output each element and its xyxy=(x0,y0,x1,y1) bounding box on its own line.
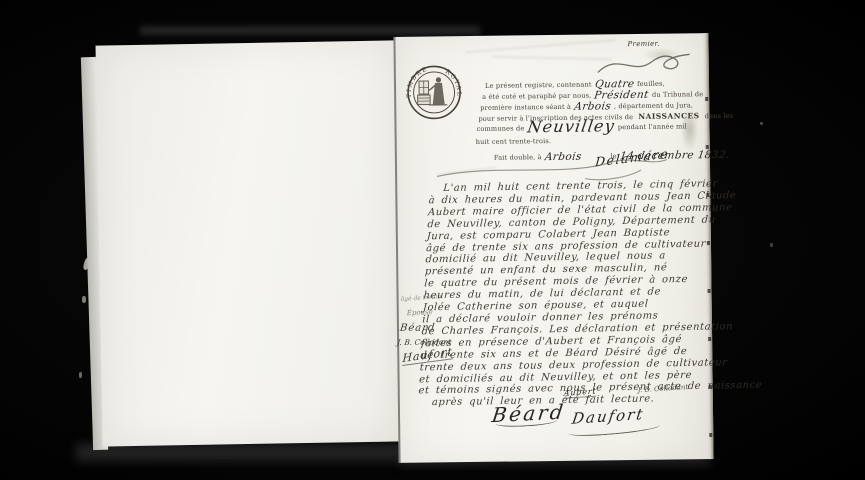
margin-note: Épouse xyxy=(407,308,433,317)
mayor-signature: Aubert xyxy=(563,387,596,399)
paraph-stroke xyxy=(598,54,690,72)
film-speck xyxy=(79,372,82,378)
film-speck xyxy=(770,243,773,247)
film-speck xyxy=(760,122,763,125)
signature-underline xyxy=(495,416,557,428)
flourish-stroke xyxy=(437,160,667,182)
timbre-royal-stamp: TIMBRE ROYAL xyxy=(405,63,464,122)
left-blank-page xyxy=(96,40,402,446)
printed-text: pendant l'année mil xyxy=(618,122,687,131)
film-speck xyxy=(82,296,86,303)
printed-text: dans les xyxy=(705,112,734,120)
register-right-page: Premier. TIMBRE ROYAL xyxy=(393,33,713,463)
signature-flourish xyxy=(435,152,671,183)
microfilm-frame: Premier. TIMBRE ROYAL xyxy=(0,0,865,480)
birth-act-text: L'an mil huit cent trente trois, le cinq… xyxy=(417,178,773,410)
film-smudge xyxy=(140,26,480,35)
margin-signature: Béard xyxy=(399,322,436,333)
